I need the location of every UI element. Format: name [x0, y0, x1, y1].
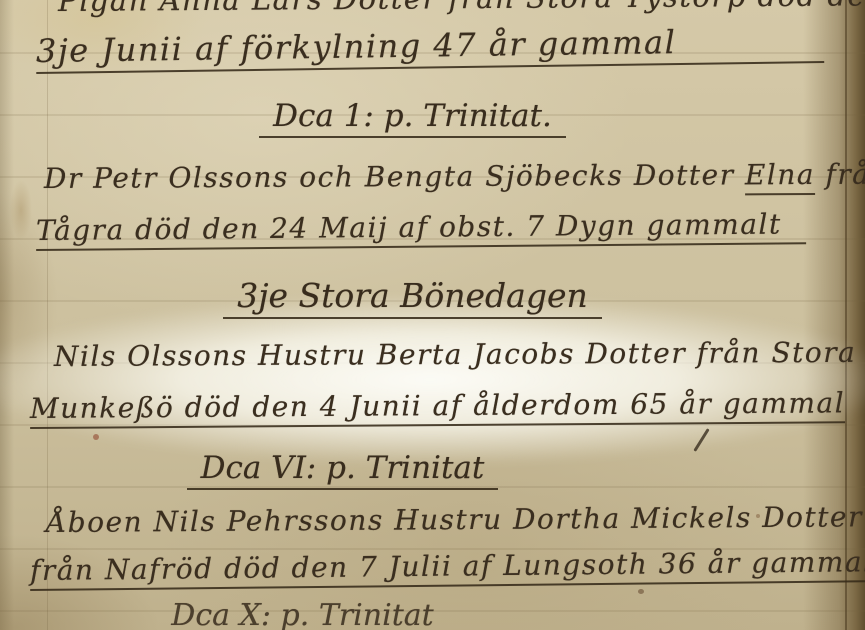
- stray-pen-stroke: [693, 428, 709, 452]
- heading-text: Dca 1: p. Trinitat.: [259, 98, 566, 138]
- heading-text: Dca X: p. Trinitat: [171, 598, 433, 630]
- record-text-underlined: från Nafröd död den 7 Julii af Lungsoth …: [30, 545, 865, 591]
- record-line: Åboen Nils Pehrssons Hustru Dortha Micke…: [46, 500, 863, 539]
- record-line-highlighted: Nils Olssons Hustru Berta Jacobs Dotter …: [54, 336, 856, 373]
- record-line-highlighted: Munkeßö död den 4 Junii af ålderdom 65 å…: [30, 386, 845, 429]
- feast-day-heading: Dca 1: p. Trinitat.: [0, 98, 825, 134]
- paper-stain: [10, 180, 32, 240]
- record-text-underlined: 3je Junii af förkylning 47 år gammal: [36, 21, 825, 74]
- feast-day-heading: Dca VI: p. Trinitat: [0, 450, 685, 486]
- record-line: från Nafröd död den 7 Julii af Lungsoth …: [30, 545, 865, 591]
- record-line: Dr Petr Olssons och Bengta Sjöbecks Dott…: [44, 158, 865, 195]
- record-line-top-partial: Pigan Anna Lars Dotter från Stora Tystor…: [58, 0, 865, 18]
- feast-day-heading: 3je Stora Bönedagen: [0, 276, 825, 315]
- record-text-underlined: Tågra död den 24 Maij af obst. 7 Dygn ga…: [36, 207, 806, 251]
- feast-day-heading-partial: Dca X: p. Trinitat: [0, 598, 605, 630]
- deceased-name-underlined: Elna: [745, 158, 815, 195]
- record-text-underlined: Munkeßö död den 4 Junii af ålderdom 65 å…: [30, 386, 845, 429]
- manuscript-page: Pigan Anna Lars Dotter från Stora Tystor…: [0, 0, 865, 630]
- paper-stain-speck: [638, 589, 644, 594]
- record-line: 3je Junii af förkylning 47 år gammal: [36, 21, 825, 74]
- record-text: från: [815, 158, 865, 191]
- heading-text: 3je Stora Bönedagen: [223, 276, 602, 319]
- record-line: Tågra död den 24 Maij af obst. 7 Dygn ga…: [36, 207, 806, 251]
- paper-stain-speck: [93, 434, 99, 440]
- record-text: Dr Petr Olssons och Bengta Sjöbecks Dott…: [44, 158, 745, 195]
- page-gutter-line: [845, 0, 847, 630]
- heading-text: Dca VI: p. Trinitat: [187, 450, 499, 490]
